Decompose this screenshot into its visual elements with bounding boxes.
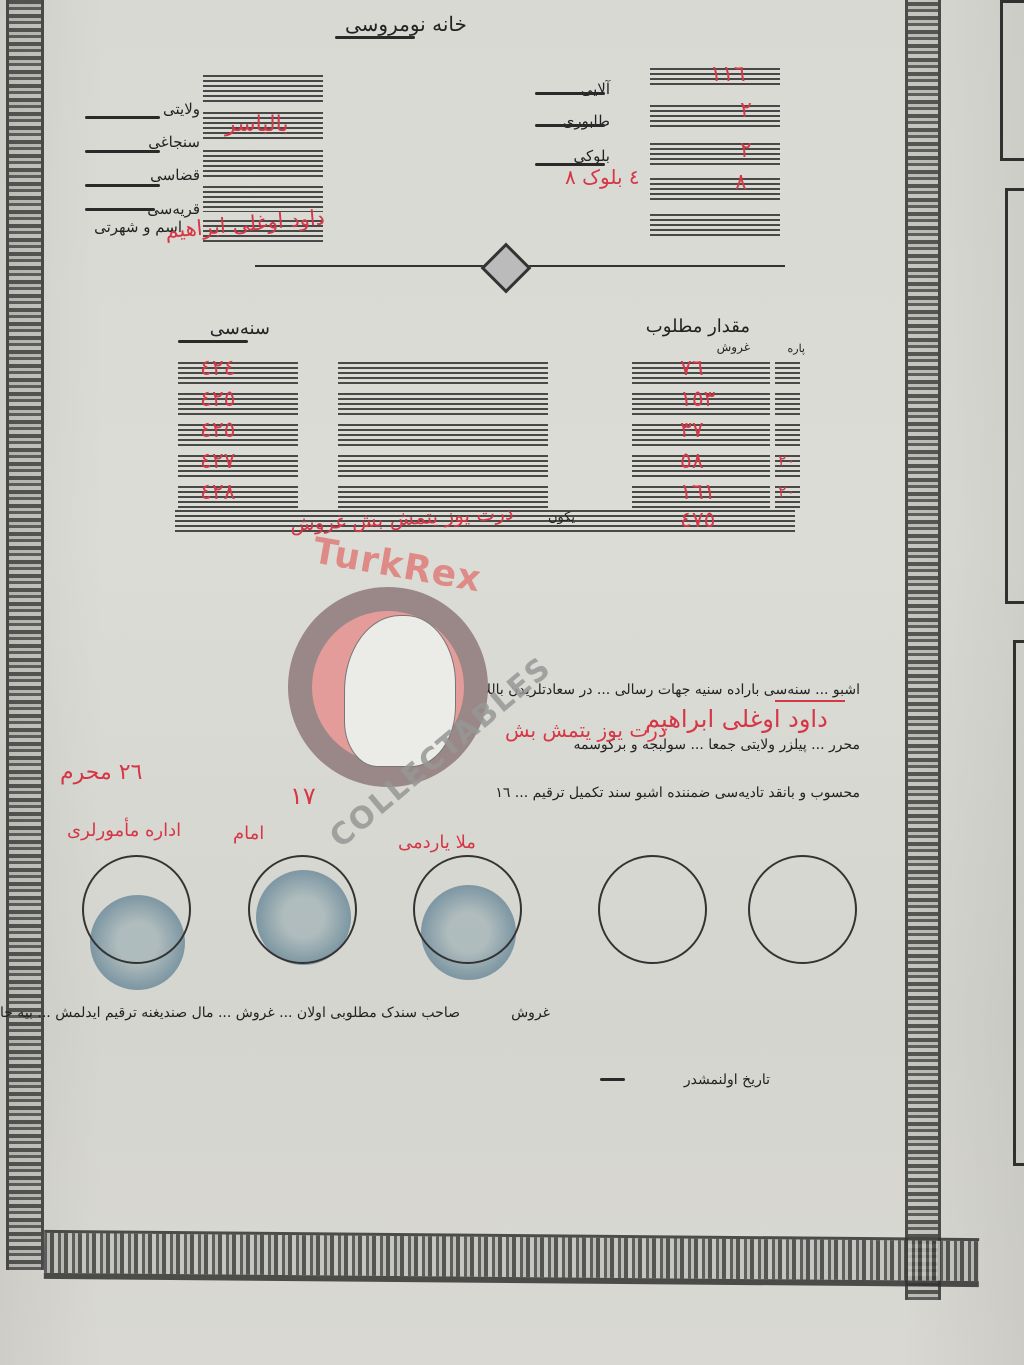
para-cell-lines <box>775 362 800 384</box>
red-underline <box>775 700 845 702</box>
field-blank <box>650 143 780 165</box>
label-swash <box>535 92 605 95</box>
field-blank <box>650 68 780 88</box>
trex-icon <box>344 615 456 767</box>
field-label: طابوری <box>545 112 610 130</box>
margin-note-handwritten: ٤ بلوک ٨ <box>565 165 640 189</box>
description-cell-lines <box>338 424 548 446</box>
description-cell-lines <box>338 486 548 508</box>
label-swash <box>85 208 155 211</box>
seal-label-handwritten: اداره مأمورلری <box>67 820 181 841</box>
divider-ornament-icon <box>481 243 532 294</box>
document-title: خانه نومروسی <box>345 12 467 36</box>
field-blank <box>203 112 323 140</box>
label-swash <box>535 163 605 166</box>
footer-mid: غروش <box>500 1005 550 1021</box>
amount-cell: ١٥٣ <box>680 387 715 412</box>
footer-swash <box>600 1078 625 1081</box>
field-label: قریه‌سی <box>150 200 200 218</box>
field-blank <box>203 75 323 103</box>
para-cell-lines <box>775 486 800 508</box>
annotation-number: ١٧ <box>290 782 316 810</box>
seal-circle <box>598 855 707 964</box>
amount-cell-lines <box>632 455 770 477</box>
seal-circle <box>248 855 357 964</box>
watermark-ring <box>288 587 488 787</box>
field-blank <box>650 214 780 236</box>
year-cell-lines <box>178 393 298 415</box>
annotation-name: داود اوغلی ابراهیم <box>645 705 828 733</box>
field-label: سنجاغی <box>150 133 200 151</box>
field-blank <box>203 186 323 212</box>
para-cell-lines <box>775 455 800 477</box>
year-cell-lines <box>178 424 298 446</box>
subheader-kurus: غروش <box>700 340 750 354</box>
year-cell: ٤٢٤ <box>200 356 235 381</box>
year-cell-lines <box>178 486 298 508</box>
amount-cell: ١٦١ <box>680 480 715 505</box>
ornamental-border-right <box>905 0 941 1300</box>
body-line: محرر ... پیلزر ولایتی جمعا ... سولبجه و … <box>60 737 860 753</box>
amount-cell-lines <box>632 486 770 508</box>
ink-stamp <box>421 885 516 980</box>
seal-label-handwritten: امام <box>233 823 264 844</box>
field-value-handwritten: بالباسر <box>225 112 288 137</box>
para-cell-lines <box>775 424 800 446</box>
field-value-handwritten: ٢ <box>740 138 752 163</box>
body-line: محسوب و بانقد تادیه‌سی ضمننده اشبو سند ت… <box>60 785 860 801</box>
year-cell: ٤٢٨ <box>200 480 235 505</box>
field-blank <box>203 150 323 178</box>
amount-cell-lines <box>632 362 770 384</box>
seal-label-handwritten: ملا یاردمی <box>398 832 476 853</box>
description-cell-lines <box>338 393 548 415</box>
total-in-words-handwritten: درت یوز یتمش بش غروش <box>290 500 515 536</box>
description-cell-lines <box>338 362 548 384</box>
watermark-brand-text: TurkRex <box>310 531 485 601</box>
field-label: قضاسی <box>150 166 200 184</box>
body-line: اشبو ... سنه‌سی باراده سنیه جهات رسالی .… <box>60 682 860 698</box>
label-swash <box>85 150 160 153</box>
footer-date-line: تاریخ اولنمشدر <box>600 1072 770 1088</box>
amount-cell: ٧٦ <box>680 356 704 381</box>
counterfoil-panel <box>1000 0 1024 161</box>
amount-cell: ٣٧ <box>680 418 704 443</box>
total-row-lines <box>175 510 795 532</box>
document-page: خانه نومروسی ولایتی سنجاغی بالباسر قضاسی… <box>0 0 1024 1365</box>
year-cell: ٤٢٥ <box>200 387 235 412</box>
year-cell-lines <box>178 362 298 384</box>
field-label: آلایی <box>560 80 610 98</box>
annotation-amount-words: درت یوز یتمش بش <box>505 718 667 742</box>
counterfoil-panel <box>1013 640 1024 1166</box>
ink-stamp <box>90 895 185 990</box>
seal-circle <box>413 855 522 964</box>
annotation-date: ٢٦ محرم <box>60 760 142 785</box>
ink-stamp <box>256 870 351 965</box>
year-cell: ٤٢٥ <box>200 418 235 443</box>
para-cell: ٢٠ <box>778 482 795 501</box>
title-swash <box>335 36 415 39</box>
field-blank <box>650 105 780 127</box>
para-cell: ٢٠ <box>778 451 795 470</box>
year-cell-lines <box>178 455 298 477</box>
ornamental-border-left <box>6 0 44 1270</box>
header-amount: مقدار مطلوب <box>640 316 750 337</box>
amount-cell-lines <box>632 424 770 446</box>
field-value-handwritten: داود اوغلی ابراهیم <box>164 205 325 243</box>
label-swash <box>85 116 160 119</box>
footer-left: صاحب سندک مطلوبی اولان ... غروش ... مال … <box>70 1005 460 1021</box>
field-label: بلوکی <box>560 147 610 165</box>
ornamental-border-bottom <box>44 1230 979 1287</box>
seal-circle <box>748 855 857 964</box>
year-cell: ٤٢٧ <box>200 449 235 474</box>
label-swash <box>85 184 160 187</box>
description-cell-lines <box>338 455 548 477</box>
amount-cell-lines <box>632 393 770 415</box>
label-swash <box>178 340 248 343</box>
field-value-handwritten: ٨ <box>735 170 747 195</box>
total-amount-handwritten: ٤٧٥ <box>680 508 715 533</box>
seal-circle <box>82 855 191 964</box>
field-value-handwritten: ١١٦ <box>710 62 745 87</box>
turkrex-watermark: TurkRex COLLECTABLES <box>262 545 482 845</box>
watermark-subtitle-text: COLLECTABLES <box>323 650 558 855</box>
label-swash <box>535 124 605 127</box>
field-value-handwritten: ٢ <box>740 98 752 123</box>
amount-cell: ٥٨ <box>680 449 704 474</box>
field-blank <box>203 220 323 242</box>
field-blank <box>650 178 780 200</box>
subheader-para: پاره <box>775 342 805 355</box>
total-label: یکون <box>535 510 575 525</box>
para-cell-lines <box>775 393 800 415</box>
field-label: ولایتی <box>150 100 200 118</box>
header-year: سنه‌سی <box>190 318 270 339</box>
field-label: اسم و شهرتی <box>82 218 182 236</box>
counterfoil-panel <box>1005 188 1024 604</box>
section-divider <box>255 265 785 267</box>
